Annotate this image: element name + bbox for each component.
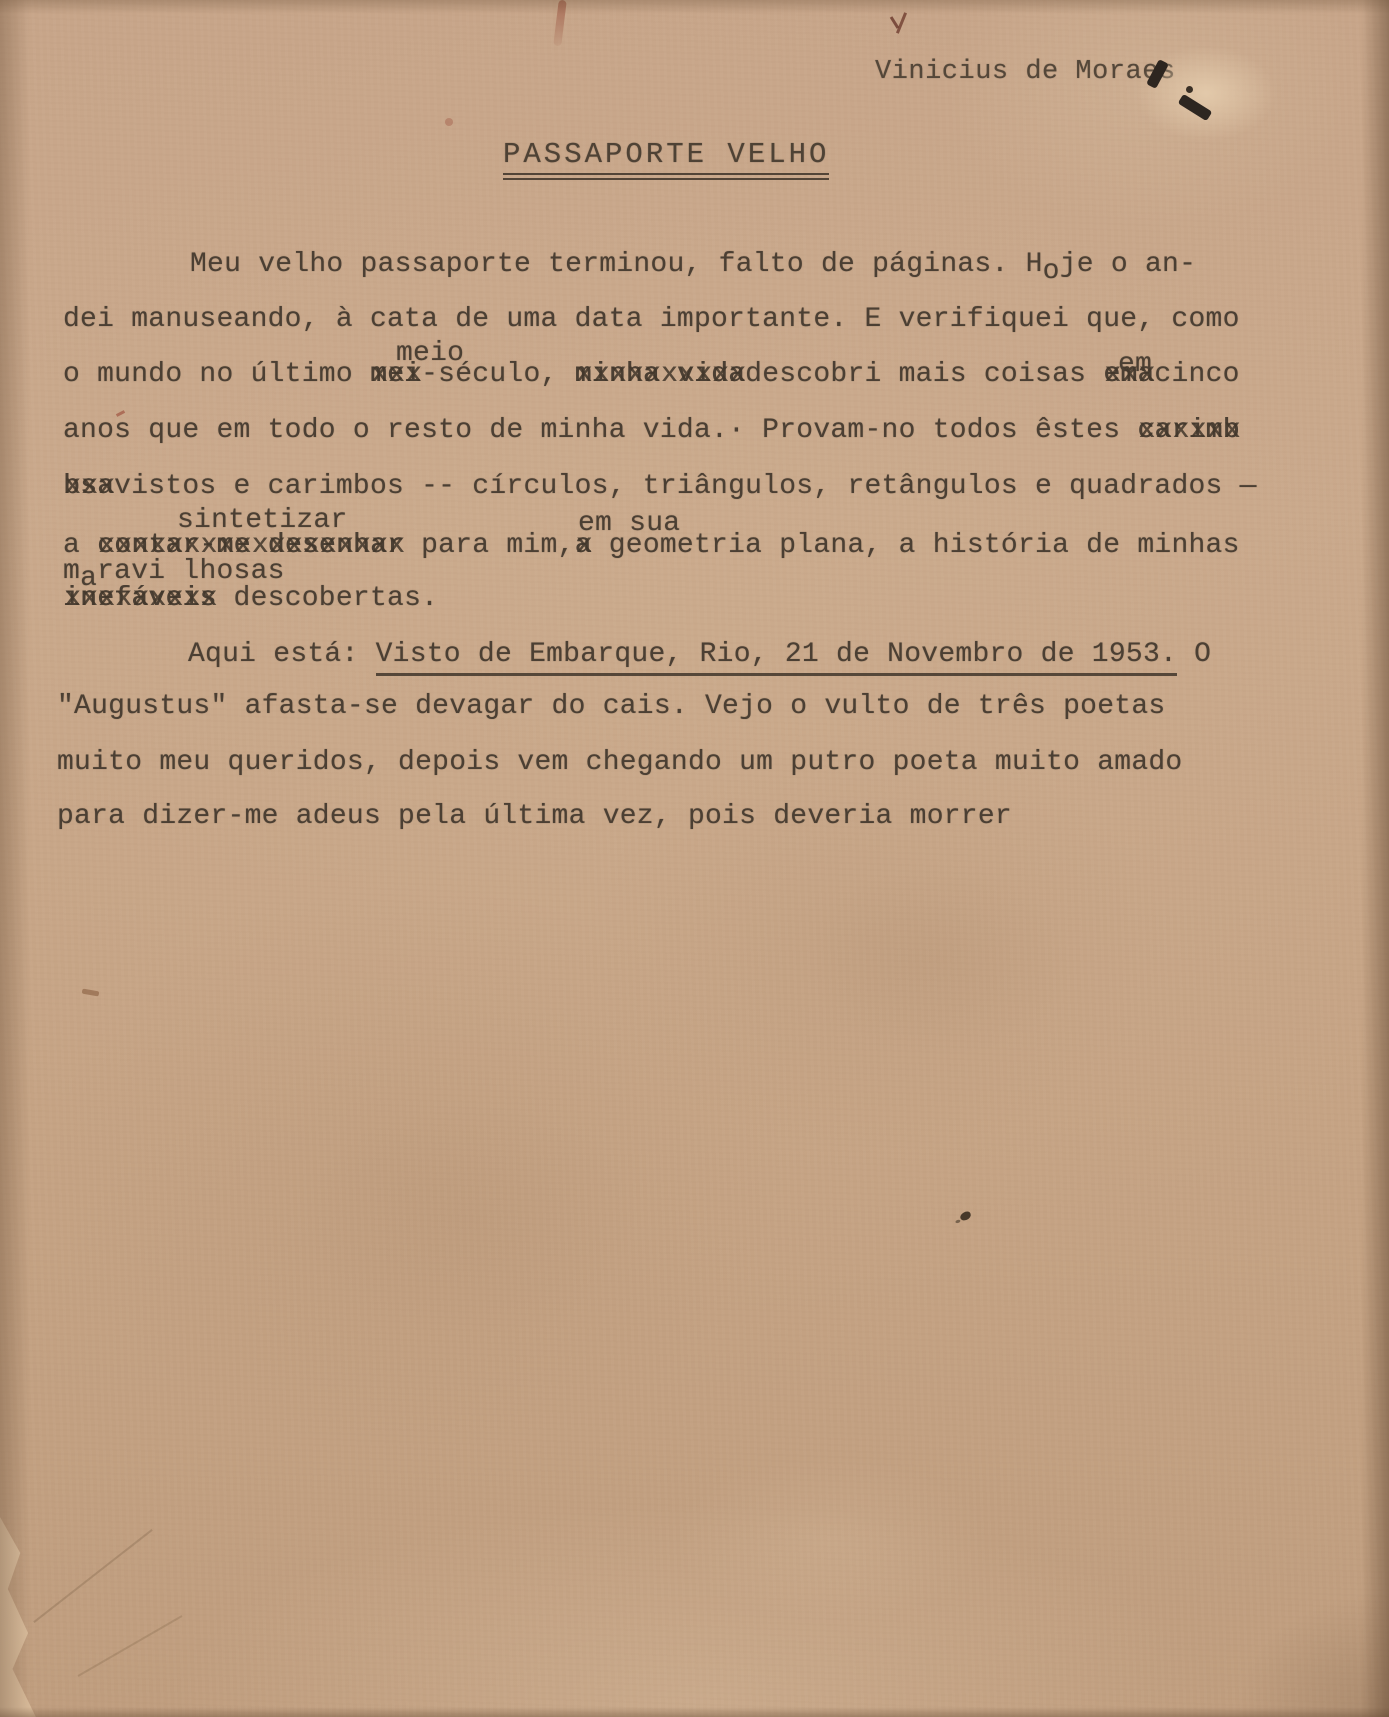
para2-line4: para dizer-me adeus pela última vez, poi… bbox=[57, 802, 1012, 832]
underlined-text: Visto de Embarque, Rio, 21 de Novembro d… bbox=[376, 639, 1177, 676]
page-edge-top bbox=[0, 0, 1389, 14]
para1-line3: o mundo no último mei-século, minha vida… bbox=[63, 360, 1240, 390]
typed-text: Aqui está: bbox=[188, 639, 376, 670]
para2-line2: "Augustus" afasta-se devagar do cais. Ve… bbox=[57, 692, 1165, 722]
para2-line3: muito meu queridos, depois vem chegando … bbox=[57, 748, 1182, 778]
typed-text: muito meu queridos, depois vem chegando … bbox=[57, 747, 1182, 778]
ink-streak-icon bbox=[1178, 94, 1213, 121]
typed-text: dei manuseando, à cata de uma data impor… bbox=[63, 304, 1240, 335]
typed-text: O bbox=[1177, 639, 1211, 670]
light-stain bbox=[620, 1430, 1040, 1650]
struck-text: bsa bbox=[63, 471, 114, 502]
ink-dot bbox=[1186, 86, 1193, 93]
author-byline: Vinicius de Moraes bbox=[875, 57, 1176, 87]
typed-text: geometria plana, a história de minhas bbox=[592, 530, 1240, 561]
crease-line bbox=[78, 1615, 183, 1677]
typed-text: -século, bbox=[421, 359, 574, 390]
struck-text: carimb bbox=[1137, 415, 1239, 446]
para2-line1: Aqui está: Visto de Embarque, Rio, 21 de… bbox=[188, 640, 1211, 670]
typed-text: je o an- bbox=[1060, 249, 1196, 280]
page-edge-left bbox=[0, 0, 30, 1717]
crease-line bbox=[33, 1529, 152, 1623]
struck-text: a bbox=[575, 530, 592, 561]
struck-text: ema bbox=[1103, 359, 1154, 390]
corner-shade bbox=[1169, 1537, 1389, 1717]
struck-text: mei bbox=[370, 359, 421, 390]
para1-line2: dei manuseando, à cata de uma data impor… bbox=[63, 305, 1240, 335]
para1-line1: Meu velho passaporte terminou, falto de … bbox=[190, 250, 1196, 280]
red-speck bbox=[445, 118, 453, 126]
typed-text: descobri mais coisas bbox=[745, 359, 1103, 390]
typed-text: para dizer-me adeus pela última vez, poi… bbox=[57, 801, 1012, 832]
typed-text: Meu velho passaporte terminou, falto de … bbox=[190, 249, 1043, 280]
struck-text: minha vida bbox=[575, 359, 746, 390]
typed-text: anos que em todo o resto de minha vida.·… bbox=[63, 415, 1137, 446]
typed-text: cinco bbox=[1154, 359, 1239, 390]
typed-text: para mim, bbox=[404, 530, 575, 561]
water-stain bbox=[240, 1060, 700, 1380]
para1-line5: bsavistos e carimbos -- círculos, triâng… bbox=[63, 472, 1257, 502]
para1-line4: anos que em todo o resto de minha vida.·… bbox=[63, 416, 1240, 446]
typed-text: descobertas. bbox=[216, 583, 438, 614]
typed-text: vistos e carimbos -- círculos, triângulo… bbox=[114, 471, 1257, 502]
page-title: PASSAPORTE VELHO bbox=[503, 138, 829, 171]
struck-text: inefáveis bbox=[63, 583, 216, 614]
page-title-text: PASSAPORTE VELHO bbox=[503, 138, 829, 180]
typed-text: "Augustus" afasta-se devagar do cais. Ve… bbox=[57, 691, 1165, 722]
typescript-page: Vinicius de Moraes PASSAPORTE VELHO Meu … bbox=[0, 0, 1389, 1717]
page-edge-right bbox=[1361, 0, 1389, 1717]
typed-text: o mundo no último bbox=[63, 359, 370, 390]
para1-line8: inefáveis descobertas. bbox=[63, 584, 438, 614]
lowered-char: o bbox=[1043, 256, 1060, 287]
brown-mark-left-edge bbox=[82, 989, 100, 997]
pen-check-mark bbox=[890, 12, 908, 36]
ink-speck bbox=[959, 1210, 972, 1221]
water-stain bbox=[760, 830, 1120, 1090]
